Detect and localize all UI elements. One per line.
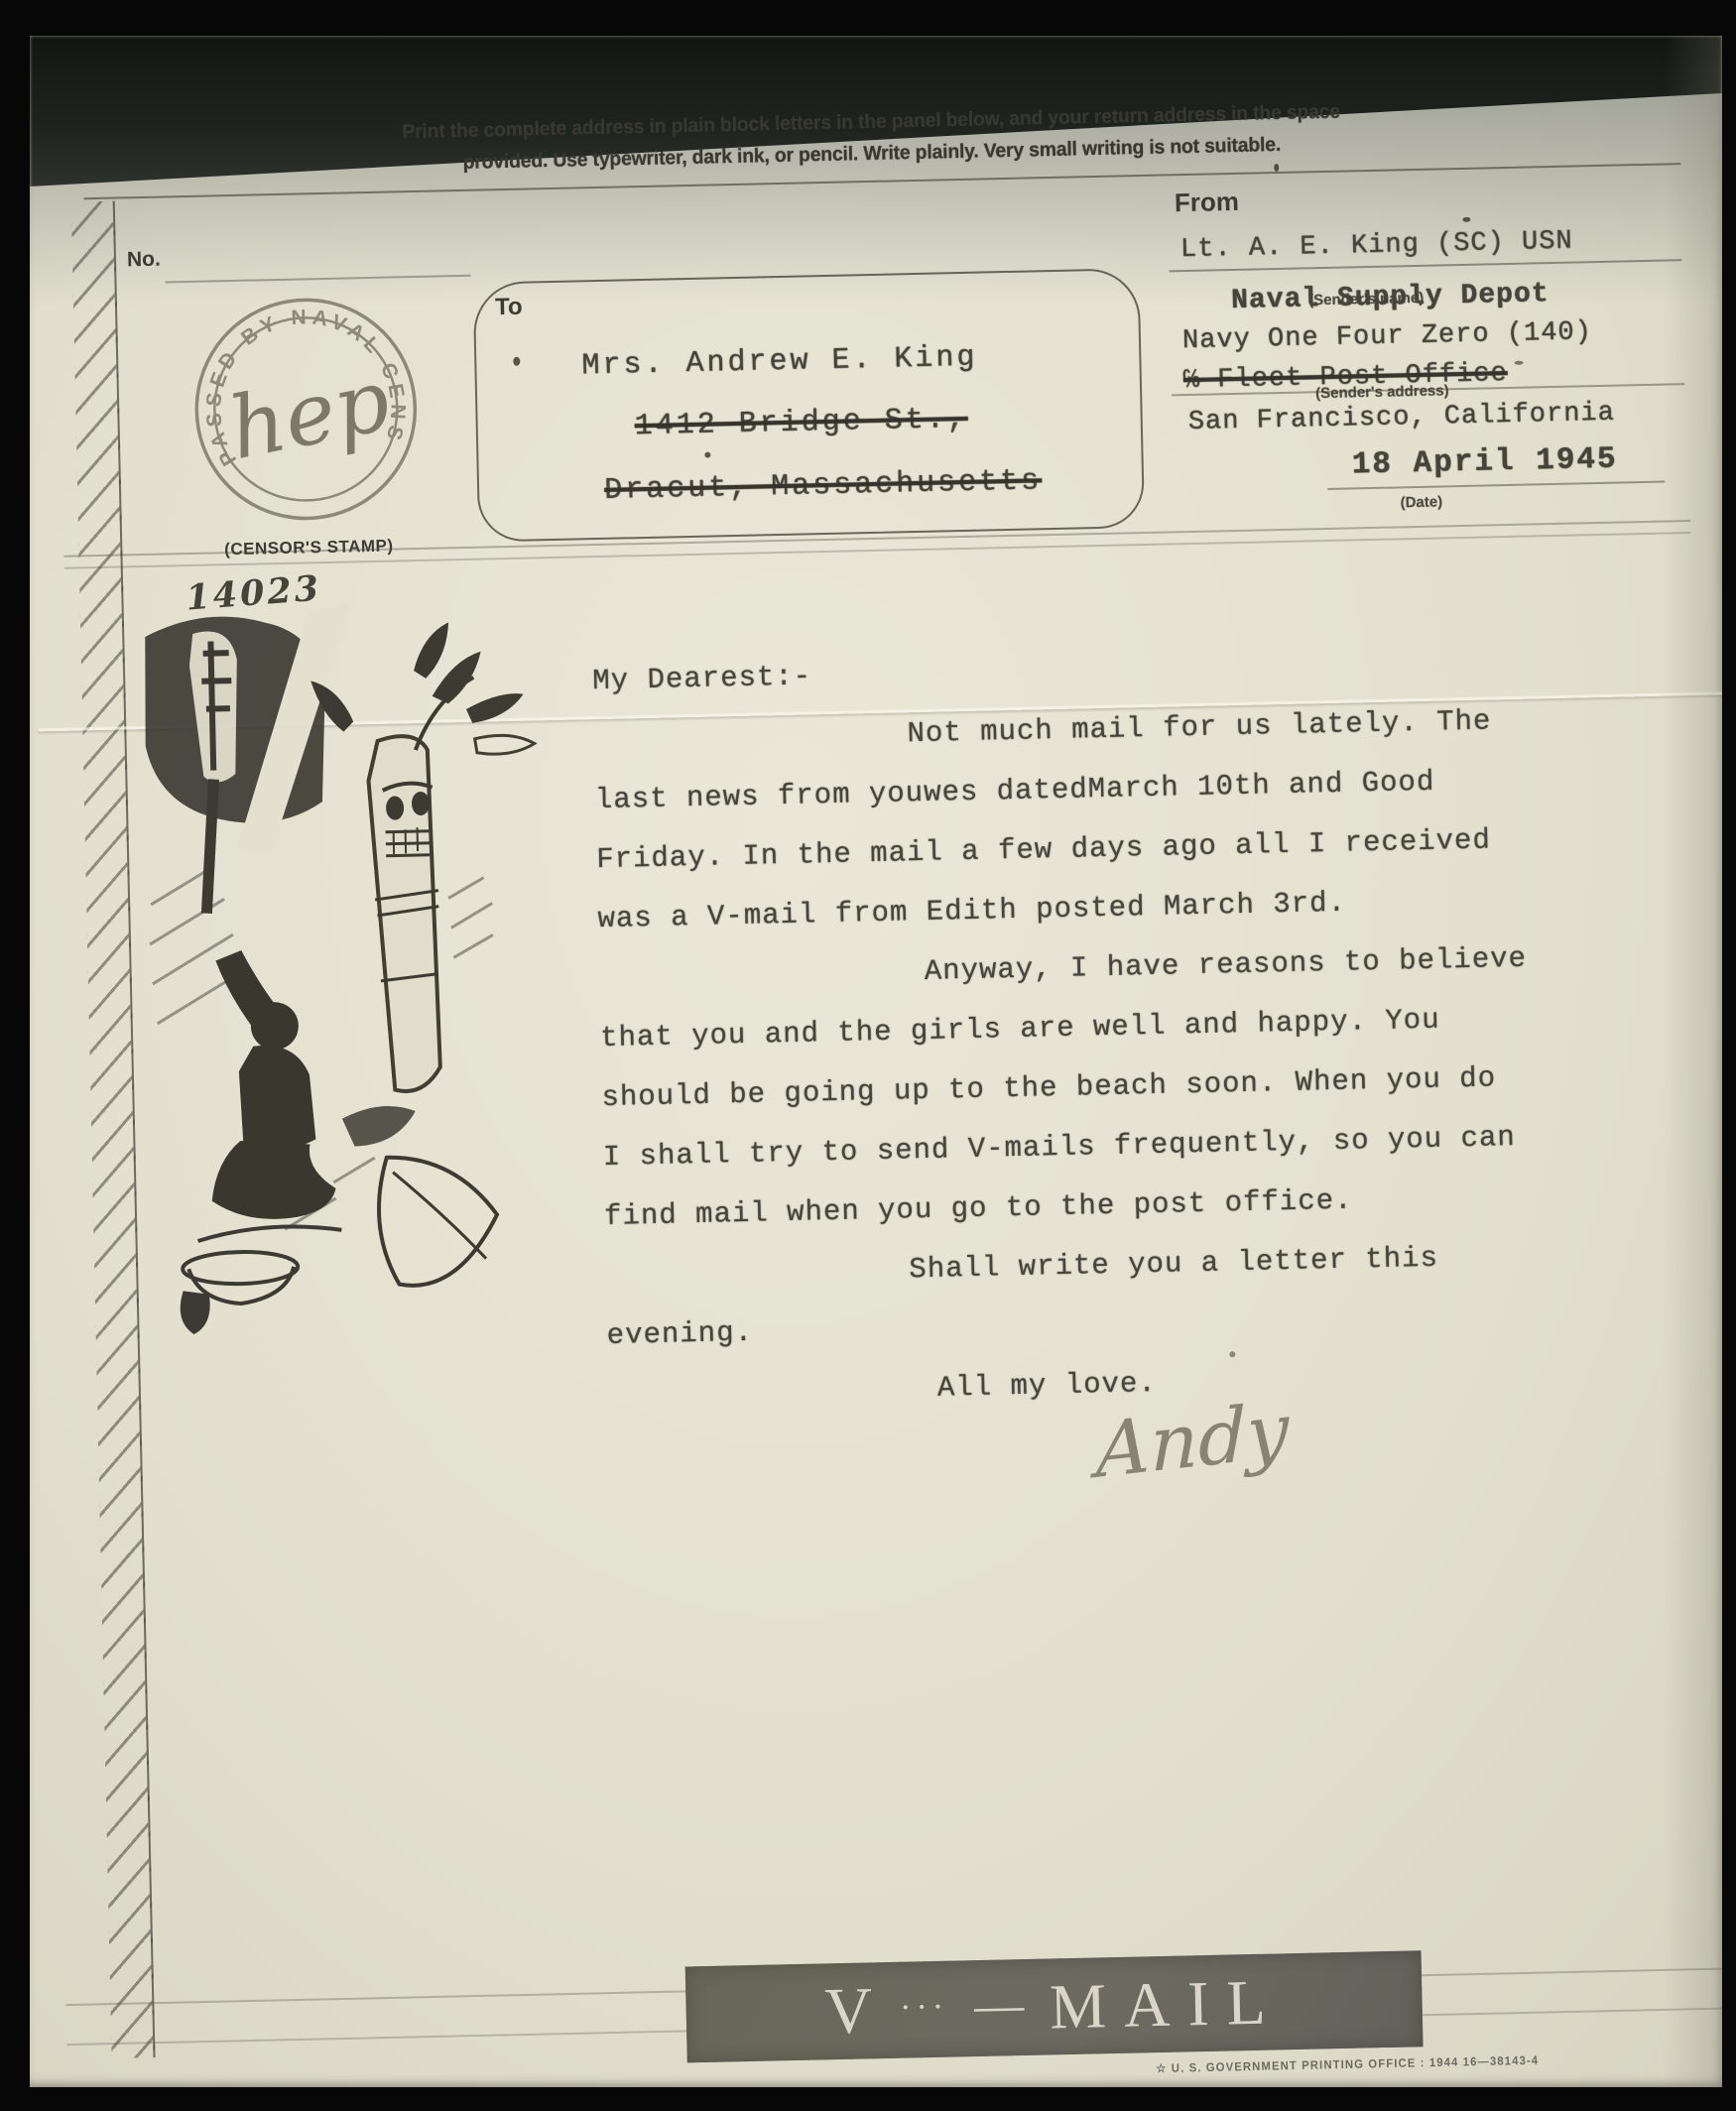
no-label: No.: [127, 248, 161, 273]
date-rule: [1327, 481, 1665, 490]
letter-signature: Andy: [1096, 1385, 1290, 1495]
paper-speck: [1515, 361, 1524, 365]
sender-unit: Naval Supply Depot: [1231, 279, 1550, 316]
form-content: Print the complete address in plain bloc…: [30, 36, 1722, 2087]
sender-city: San Francisco, California: [1187, 399, 1615, 437]
paper-speck: [1274, 164, 1279, 172]
sender-navy-number: Navy One Four Zero (140): [1182, 317, 1592, 356]
kneeling-figure: [206, 948, 336, 1220]
letter-line: evening.: [606, 1296, 1717, 1352]
fine-print: ☆ U. S. GOVERNMENT PRINTING OFFICE : 194…: [1156, 2053, 1539, 2075]
letter-line: Anyway, I have reasons to believe: [924, 931, 1722, 988]
letter-line: last news from youwes datedMarch 10th an…: [595, 760, 1706, 816]
letter-line: I shall try to send V-mails frequently, …: [602, 1117, 1713, 1174]
vmail-letter-sheet: Print the complete address in plain bloc…: [30, 36, 1722, 2087]
paper-speck: [1462, 217, 1470, 222]
jungle-totem-illustration: [115, 598, 588, 1392]
letter-line: Shall write you a letter this: [909, 1229, 1722, 1286]
fine-print-text: U. S. GOVERNMENT PRINTING OFFICE : 1944 …: [1172, 2053, 1540, 2075]
letter-salutation: My Dearest:-: [592, 641, 1703, 697]
vmail-mail: MAIL: [1049, 1965, 1284, 2044]
letter-line: that you and the girls are well and happ…: [600, 998, 1711, 1055]
vmail-banner: V ··· — MAIL: [685, 1950, 1424, 2062]
totem-pole: [368, 735, 441, 1091]
sender-fleet-po: ℅ Fleet Post Office: [1183, 359, 1508, 396]
paper-speck: [704, 452, 710, 458]
sender-name: Lt. A. E. King (SC) USN: [1180, 227, 1573, 266]
letter-line: should be going up to the beach soon. Wh…: [601, 1057, 1712, 1114]
letter-line: find mail when you go to the post office…: [604, 1177, 1715, 1233]
star-icon: ☆: [1156, 2061, 1168, 2075]
paper-speck: [1229, 1351, 1235, 1357]
letter-date: 18 April 1945: [1351, 442, 1618, 483]
vmail-morse-dash: —: [973, 1975, 1024, 2034]
paper-speck: [513, 357, 520, 366]
date-label: (Date): [1400, 493, 1442, 511]
vmail-v: V: [824, 1973, 875, 2049]
vmail-morse-dots: ···: [900, 1988, 949, 2027]
photo-background: { "instructions": { "line1": "Print the …: [0, 0, 1736, 2111]
to-label: To: [495, 294, 523, 322]
letter-line: was a V-mail from Edith posted March 3rd…: [597, 879, 1708, 935]
letter-line: Friday. In the mail a few days ago all I…: [596, 819, 1707, 876]
letter-closing: All my love.: [937, 1347, 1722, 1404]
from-label: From: [1175, 186, 1240, 218]
